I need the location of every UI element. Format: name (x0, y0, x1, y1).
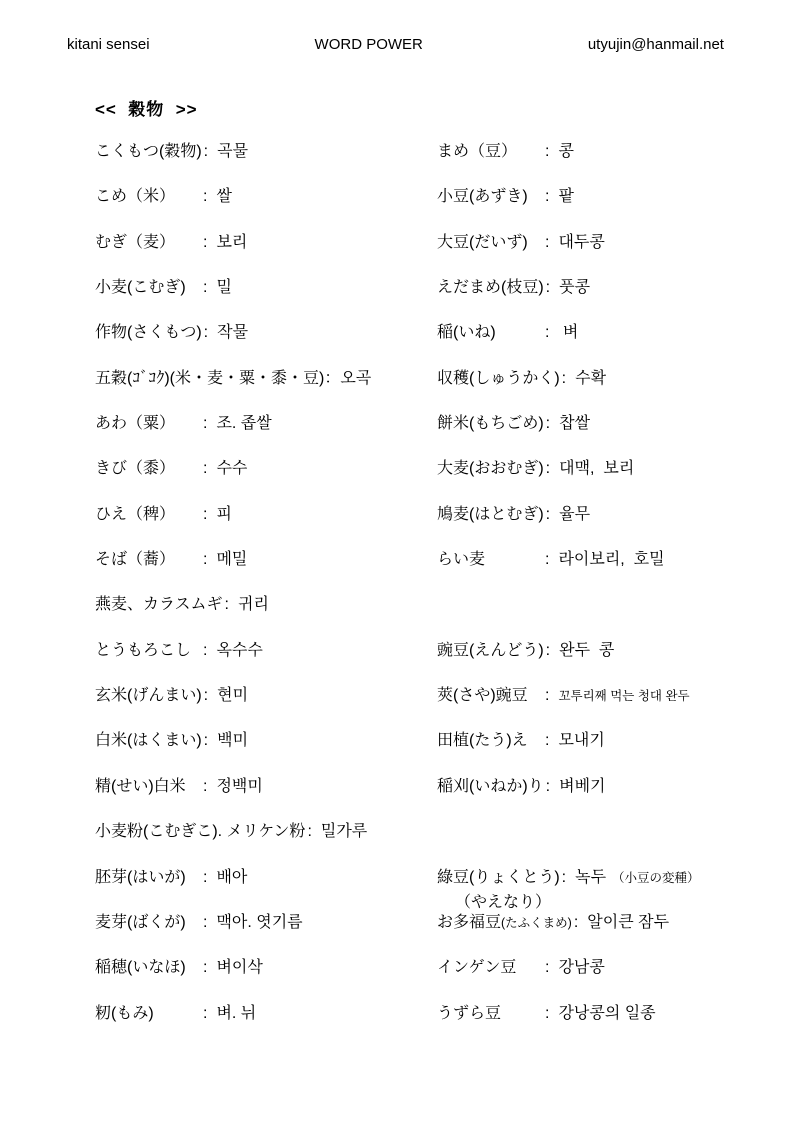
definition-kr: 피 (216, 505, 231, 525)
term-jp: とうもろこし (95, 641, 201, 661)
vocab-row: あわ（粟）:조. 좁쌀 (95, 414, 440, 459)
term-jp: えだまめ(枝豆) (437, 278, 544, 298)
colon-separator: : (201, 958, 216, 978)
term-jp: ひえ（稗） (95, 505, 201, 525)
vocab-row: まめ（豆）:콩 (437, 142, 794, 187)
definition-kr: 메밀 (216, 550, 247, 570)
term-jp: 籾(もみ) (95, 1004, 201, 1024)
vocab-row: 稲刈(いねか)り:벼베기 (437, 777, 794, 822)
term-jp: こくもつ(穀物) (95, 142, 202, 162)
header-email: utyujin@hanmail.net (588, 36, 724, 54)
vocab-row: 田植(たう)え:모내기 (437, 731, 794, 776)
vocab-row-main: 大豆(だいず):대두콩 (437, 233, 794, 253)
term-jp: 精(せい)白米 (95, 777, 201, 797)
term-jp: 綠豆(りょくとう) (437, 868, 560, 888)
term-jp: うずら豆 (437, 1004, 543, 1024)
colon-separator: : (201, 777, 216, 797)
colon-separator: : (201, 1004, 216, 1024)
term-jp: あわ（粟） (95, 414, 201, 434)
empty-row (437, 595, 794, 640)
term-jp: 小豆(あずき) (437, 187, 543, 207)
vocab-row: こめ（米）:쌀 (95, 187, 440, 232)
colon-separator: : (201, 505, 216, 525)
colon-separator: : (201, 233, 216, 253)
vocab-row: 大麦(おおむぎ):대맥, 보리 (437, 459, 794, 504)
vocab-row-main: 胚芽(はいが):배아 (95, 868, 440, 888)
vocab-row: 大豆(だいず):대두콩 (437, 233, 794, 278)
definition-kr: 팥 (558, 187, 573, 207)
definition-kr: 완두 콩 (559, 641, 614, 661)
definition-kr: 벼베기 (559, 777, 605, 797)
vocab-row-main: 作物(さくもつ):작물 (95, 323, 440, 343)
term-jp: 収穫(しゅうかく) (437, 369, 560, 389)
header-doc-title: WORD POWER (315, 36, 423, 54)
colon-separator: : (543, 686, 558, 706)
colon-separator: : (544, 414, 559, 434)
definition-kr: 조. 좁쌀 (216, 414, 271, 434)
vocab-row-main: まめ（豆）:콩 (437, 142, 794, 162)
colon-separator: : (544, 641, 559, 661)
vocab-row-main: 田植(たう)え:모내기 (437, 731, 794, 751)
term-jp: 作物(さくもつ) (95, 323, 202, 343)
definition-kr: 벼 (558, 323, 578, 343)
definition-kr: 배아 (216, 868, 247, 888)
colon-separator: : (202, 731, 217, 751)
term-jp: 白米(はくまい) (95, 731, 202, 751)
vocab-row: 小麦粉(こむぎこ). メリケン粉:밀가루 (95, 822, 440, 867)
colon-separator: : (543, 323, 558, 343)
colon-separator: : (560, 369, 575, 389)
term-jp: 鳩麦(はとむぎ) (437, 505, 544, 525)
colon-separator: : (201, 278, 216, 298)
term-jp-line2: （やえなり） (455, 893, 794, 913)
vocab-row-main: らい麦:라이보리, 호밀 (437, 550, 794, 570)
vocab-row: 豌豆(えんどう):완두 콩 (437, 641, 794, 686)
vocab-row: 綠豆(りょくとう):녹두（小豆の変種）（やえなり） (437, 868, 794, 913)
colon-separator: : (223, 595, 238, 615)
term-jp: 五穀(ｺﾞｺｸ)(米・麦・粟・黍・豆) (95, 369, 324, 389)
colon-separator: : (560, 868, 575, 888)
colon-separator: : (572, 913, 587, 933)
vocab-row-main: 五穀(ｺﾞｺｸ)(米・麦・粟・黍・豆)：오곡 (95, 369, 440, 389)
definition-kr: 벼이삭 (216, 958, 262, 978)
term-jp: 燕麦、カラスムギ (95, 595, 223, 615)
term-jp: 餅米(もちごめ) (437, 414, 544, 434)
definition-kr: 귀리 (238, 595, 269, 615)
vocab-row: 籾(もみ):벼. 뉘 (95, 1004, 440, 1049)
colon-separator: : (544, 459, 559, 479)
definition-kr: 찹쌀 (559, 414, 590, 434)
vocab-row-main: 小豆(あずき):팥 (437, 187, 794, 207)
vocab-row-main: 白米(はくまい):백미 (95, 731, 440, 751)
colon-separator: ： (324, 369, 340, 389)
colon-separator: : (201, 641, 216, 661)
colon-separator: : (543, 187, 558, 207)
vocab-row: ひえ（稗）:피 (95, 505, 440, 550)
term-jp: お多福豆(たふくまめ) (437, 913, 572, 933)
vocab-row: むぎ（麦）:보리 (95, 233, 440, 278)
vocab-row-main: えだまめ(枝豆):풋콩 (437, 278, 794, 298)
term-jp: 莢(さや)豌豆 (437, 686, 543, 706)
definition-kr: 강남콩 (558, 958, 604, 978)
term-jp: らい麦 (437, 550, 543, 570)
left-column: こくもつ(穀物):곡물こめ（米）:쌀むぎ（麦）:보리小麦(こむぎ):밀作物(さく… (95, 142, 440, 1049)
term-jp: インゲン豆 (437, 958, 543, 978)
vocab-row-main: 籾(もみ):벼. 뉘 (95, 1004, 440, 1024)
vocab-row-main: ひえ（稗）:피 (95, 505, 440, 525)
definition-kr: 알이큰 잠두 (587, 913, 669, 933)
definition-kr: 대맥, 보리 (559, 459, 634, 479)
vocab-row: 小豆(あずき):팥 (437, 187, 794, 232)
term-jp: 稲刈(いねか)り (437, 777, 544, 797)
vocab-row-main: 麦芽(ばくが):맥아. 엿기름 (95, 913, 440, 933)
vocab-row-main: 燕麦、カラスムギ:귀리 (95, 595, 440, 615)
vocab-row: うずら豆:강낭콩의 일종 (437, 1004, 794, 1049)
term-jp: 田植(たう)え (437, 731, 543, 751)
definition-kr: 옥수수 (216, 641, 262, 661)
vocab-row-main: 莢(さや)豌豆:꼬투리째 먹는 청대 완두 (437, 686, 794, 706)
header-author: kitani sensei (67, 36, 150, 54)
vocab-row: 小麦(こむぎ):밀 (95, 278, 440, 323)
vocab-row-main: そば（蕎）:메밀 (95, 550, 440, 570)
term-jp-reading: (たふくまめ) (501, 916, 572, 930)
vocab-row: らい麦:라이보리, 호밀 (437, 550, 794, 595)
definition-note-jp: （小豆の変種） (606, 868, 700, 888)
vocab-row-main: 小麦粉(こむぎこ). メリケン粉:밀가루 (95, 822, 440, 842)
vocab-row-main: 精(せい)白米:정백미 (95, 777, 440, 797)
colon-separator: : (201, 913, 216, 933)
vocab-row: 精(せい)白米:정백미 (95, 777, 440, 822)
vocab-row: 玄米(げんまい):현미 (95, 686, 440, 731)
vocab-row: 稲(いね): 벼 (437, 323, 794, 368)
document-page: kitani sensei WORD POWER utyujin@hanmail… (0, 0, 794, 1123)
vocab-row-main: 綠豆(りょくとう):녹두（小豆の変種） (437, 868, 794, 888)
colon-separator: : (201, 868, 216, 888)
colon-separator: : (543, 1004, 558, 1024)
definition-kr: 대두콩 (558, 233, 604, 253)
definition-kr: 녹두 (575, 868, 606, 888)
vocab-row-main: 鳩麦(はとむぎ):율무 (437, 505, 794, 525)
empty-row (437, 822, 794, 867)
vocab-row-main: 小麦(こむぎ):밀 (95, 278, 440, 298)
vocab-row-main: 稲刈(いねか)り:벼베기 (437, 777, 794, 797)
colon-separator: : (543, 142, 558, 162)
vocab-row: そば（蕎）:메밀 (95, 550, 440, 595)
term-jp: 稲(いね) (437, 323, 543, 343)
term-jp: 小麦(こむぎ) (95, 278, 201, 298)
term-jp: むぎ（麦） (95, 233, 201, 253)
definition-kr: 맥아. 엿기름 (216, 913, 302, 933)
vocab-row: 燕麦、カラスムギ:귀리 (95, 595, 440, 640)
vocab-row-main: 収穫(しゅうかく):수확 (437, 369, 794, 389)
definition-kr: 쌀 (216, 187, 231, 207)
colon-separator: : (202, 142, 217, 162)
vocab-row: とうもろこし:옥수수 (95, 641, 440, 686)
section-title: << 穀物 >> (95, 95, 198, 120)
vocab-row: お多福豆(たふくまめ):알이큰 잠두 (437, 913, 794, 958)
vocab-row: 稲穂(いなほ):벼이삭 (95, 958, 440, 1003)
vocab-row: きび（黍）:수수 (95, 459, 440, 504)
page-header: kitani sensei WORD POWER utyujin@hanmail… (67, 36, 724, 54)
vocab-row-main: 大麦(おおむぎ):대맥, 보리 (437, 459, 794, 479)
term-jp: 玄米(げんまい) (95, 686, 202, 706)
vocab-row-main: 稲(いね): 벼 (437, 323, 794, 343)
vocab-row: こくもつ(穀物):곡물 (95, 142, 440, 187)
term-jp: きび（黍） (95, 459, 201, 479)
vocab-row-main: 玄米(げんまい):현미 (95, 686, 440, 706)
term-jp: 豌豆(えんどう) (437, 641, 544, 661)
colon-separator: : (201, 459, 216, 479)
definition-kr: 밀 (216, 278, 231, 298)
definition-kr: 정백미 (216, 777, 262, 797)
vocab-row: 五穀(ｺﾞｺｸ)(米・麦・粟・黍・豆)：오곡 (95, 369, 440, 414)
vocab-row: 作物(さくもつ):작물 (95, 323, 440, 368)
definition-kr: 율무 (559, 505, 590, 525)
definition-kr: 작물 (217, 323, 248, 343)
colon-separator: : (202, 686, 217, 706)
definition-kr: 벼. 뉘 (216, 1004, 256, 1024)
vocab-row-main: とうもろこし:옥수수 (95, 641, 440, 661)
definition-kr: 백미 (217, 731, 248, 751)
colon-separator: : (544, 278, 559, 298)
vocab-row-main: インゲン豆:강남콩 (437, 958, 794, 978)
term-jp: 大豆(だいず) (437, 233, 543, 253)
colon-separator: : (201, 187, 216, 207)
vocab-row-main: うずら豆:강낭콩의 일종 (437, 1004, 794, 1024)
vocab-row-main: お多福豆(たふくまめ):알이큰 잠두 (437, 913, 794, 933)
vocab-row: 白米(はくまい):백미 (95, 731, 440, 776)
colon-separator: : (544, 505, 559, 525)
vocab-row: 胚芽(はいが):배아 (95, 868, 440, 913)
vocab-row-main: 稲穂(いなほ):벼이삭 (95, 958, 440, 978)
definition-kr: 모내기 (558, 731, 604, 751)
colon-separator: : (305, 822, 320, 842)
vocab-row-main: むぎ（麦）:보리 (95, 233, 440, 253)
vocab-row: 餅米(もちごめ):찹쌀 (437, 414, 794, 459)
colon-separator: : (543, 550, 558, 570)
term-jp: 胚芽(はいが) (95, 868, 201, 888)
vocab-row: えだまめ(枝豆):풋콩 (437, 278, 794, 323)
colon-separator: : (202, 323, 217, 343)
term-jp: 稲穂(いなほ) (95, 958, 201, 978)
colon-separator: : (543, 958, 558, 978)
vocab-row-main: こめ（米）:쌀 (95, 187, 440, 207)
definition-kr: 풋콩 (559, 278, 590, 298)
definition-kr: 강낭콩의 일종 (558, 1004, 655, 1024)
right-column: まめ（豆）:콩小豆(あずき):팥大豆(だいず):대두콩えだまめ(枝豆):풋콩稲(… (437, 142, 794, 1049)
term-jp: 麦芽(ばくが) (95, 913, 201, 933)
colon-separator: : (543, 233, 558, 253)
definition-kr: 오곡 (340, 369, 371, 389)
vocab-row: 鳩麦(はとむぎ):율무 (437, 505, 794, 550)
definition-kr: 보리 (216, 233, 247, 253)
vocab-row: 麦芽(ばくが):맥아. 엿기름 (95, 913, 440, 958)
term-jp: まめ（豆） (437, 142, 543, 162)
colon-separator: : (544, 777, 559, 797)
term-jp: 小麦粉(こむぎこ). メリケン粉 (95, 822, 305, 842)
definition-kr: 밀가루 (321, 822, 367, 842)
definition-kr: 현미 (217, 686, 248, 706)
vocab-row-main: あわ（粟）:조. 좁쌀 (95, 414, 440, 434)
vocab-row: インゲン豆:강남콩 (437, 958, 794, 1003)
term-jp: 大麦(おおむぎ) (437, 459, 544, 479)
vocab-row: 莢(さや)豌豆:꼬투리째 먹는 청대 완두 (437, 686, 794, 731)
definition-kr: 수확 (575, 369, 606, 389)
colon-separator: : (201, 550, 216, 570)
colon-separator: : (201, 414, 216, 434)
definition-kr: 곡물 (217, 142, 248, 162)
colon-separator: : (543, 731, 558, 751)
vocab-row: 収穫(しゅうかく):수확 (437, 369, 794, 414)
vocab-row-main: きび（黍）:수수 (95, 459, 440, 479)
definition-kr: 꼬투리째 먹는 청대 완두 (558, 686, 689, 706)
vocab-row-main: こくもつ(穀物):곡물 (95, 142, 440, 162)
definition-kr: 콩 (558, 142, 573, 162)
definition-kr: 라이보리, 호밀 (558, 550, 664, 570)
term-jp: そば（蕎） (95, 550, 201, 570)
definition-kr: 수수 (216, 459, 247, 479)
term-jp: こめ（米） (95, 187, 201, 207)
vocab-row-main: 豌豆(えんどう):완두 콩 (437, 641, 794, 661)
vocab-row-main: 餅米(もちごめ):찹쌀 (437, 414, 794, 434)
